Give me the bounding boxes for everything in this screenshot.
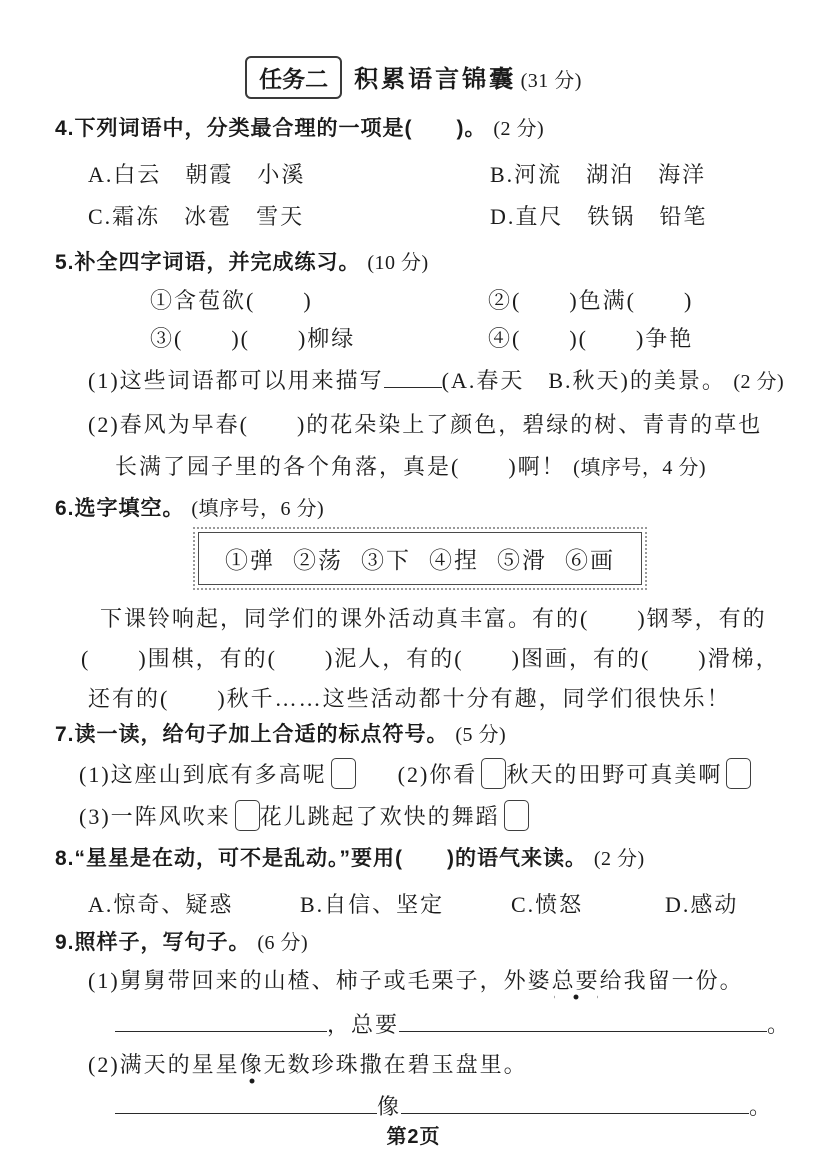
question-7-sentence-3-post: 花儿跳起了欢快的舞蹈 <box>260 804 500 829</box>
question-5-sub-2-line-1: (2)春风为早春( )的花朵染上了颜色，碧绿的树、青青的草也 <box>88 408 762 439</box>
question-6-paragraph-line-1-text: 下课铃响起，同学们的课外活动真丰富。有的( )钢琴，有的 <box>100 606 767 631</box>
section-title: 积累语言锦囊 <box>354 66 516 93</box>
question-5-sub-1-pre: (1)这些词语都可以用来描写 <box>88 368 384 393</box>
question-7-sentence-2-post: 秋天的田野可真美啊 <box>506 762 722 787</box>
question-5-sub-2-line-2: 长满了园子里的各个角落，真是( )啊！ (填序号，4 分) <box>115 450 706 481</box>
bank-item-6: ⑥画 <box>565 542 615 575</box>
question-9-stem-text: 9.照样子，写句子。 <box>55 931 251 954</box>
test-paper-page: 任务二积累语言锦囊 (31 分) 4.下列词语中，分类最合理的一项是( )。 (… <box>0 0 827 1169</box>
question-8-score: (2 分) <box>594 848 645 870</box>
question-6-paragraph-line-3: 还有的( )秋千……这些活动都十分有趣，同学们很快乐！ <box>88 682 731 713</box>
question-4-option-d: D.直尺 铁锅 铅笔 <box>490 200 707 231</box>
question-9-example-1-pre: (1)舅舅带回来的山楂、柿子或毛栗子，外婆 <box>88 968 552 993</box>
punctuation-box <box>331 758 356 789</box>
question-5-stem: 5.补全四字词语，并完成练习。 (10 分) <box>55 246 429 276</box>
question-5-sub-2-line-1-text: (2)春风为早春( )的花朵染上了颜色，碧绿的树、青青的草也 <box>88 412 762 437</box>
question-9-stem: 9.照样子，写句子。 (6 分) <box>55 926 308 956</box>
question-5-sub-1-post: (A.春天 B.秋天)的美景。 <box>442 368 726 393</box>
bank-item-4: ④捏 <box>429 542 479 575</box>
question-6-stem: 6.选字填空。 (填序号，6 分) <box>55 492 324 522</box>
bank-item-2: ②荡 <box>293 542 343 575</box>
question-4-option-a: A.白云 朝霞 小溪 <box>88 158 490 189</box>
question-8-stem: 8.“星星是在动，可不是乱动。”要用( )的语气来读。 (2 分) <box>55 842 645 872</box>
punctuation-box <box>481 758 506 789</box>
emphasized-word: 像 <box>240 1052 264 1077</box>
question-6-score: (填序号，6 分) <box>191 498 324 520</box>
question-9-answer-line-2: 像。 <box>115 1090 773 1121</box>
emphasized-word: 总要 <box>552 968 600 993</box>
answer-blank <box>399 1010 767 1032</box>
question-7-stem-text: 7.读一读，给句子加上合适的标点符号。 <box>55 723 449 746</box>
bank-item-3: ③下 <box>361 542 411 575</box>
answer-blank <box>115 1010 327 1032</box>
section-score: (31 分) <box>521 70 582 92</box>
question-7-line-2: (3)一阵风吹来花儿跳起了欢快的舞蹈 <box>79 800 529 831</box>
question-4-option-c: C.霜冻 冰雹 雪天 <box>88 200 490 231</box>
question-5-sub-1: (1)这些词语都可以用来描写(A.春天 B.秋天)的美景。 (2 分) <box>88 364 784 395</box>
question-7-sentence-3-pre: (3)一阵风吹来 <box>79 804 231 829</box>
punctuation-box <box>726 758 751 789</box>
question-9-example-2-post: 无数珍珠撒在碧玉盘里。 <box>264 1052 528 1077</box>
question-5-idioms-row-2: ③( )( )柳绿 ④( )( )争艳 <box>150 322 693 353</box>
question-8-option-b: B.自信、坚定 <box>300 888 511 919</box>
punctuation-box <box>235 800 260 831</box>
character-bank-box: ①弹 ②荡 ③下 ④捏 ⑤滑 ⑥画 <box>198 532 642 585</box>
question-7-line-1: (1)这座山到底有多高呢(2)你看秋天的田野可真美啊 <box>79 758 751 789</box>
answer-blank <box>401 1092 749 1114</box>
answer-blank <box>115 1092 377 1114</box>
question-9-example-1-post: 给我留一份。 <box>600 968 744 993</box>
question-5-sub-2-line-2-text: 长满了园子里的各个角落，真是( )啊！ <box>115 454 566 479</box>
question-9-example-1: (1)舅舅带回来的山楂、柿子或毛栗子，外婆总要给我留一份。 <box>88 964 744 995</box>
question-5-idioms-row-1: ①含苞欲( ) ②( )色满( ) <box>150 284 693 315</box>
task-badge: 任务二 <box>245 56 342 99</box>
question-8-option-d: D.感动 <box>665 888 738 919</box>
question-6-paragraph-line-2-text: ( )围棋，有的( )泥人，有的( )图画，有的( )滑梯， <box>81 646 780 671</box>
question-4-options-row-1: A.白云 朝霞 小溪 B.河流 湖泊 海洋 <box>88 158 706 189</box>
question-6-paragraph-line-2: ( )围棋，有的( )泥人，有的( )图画，有的( )滑梯， <box>81 642 780 673</box>
question-8-option-a: A.惊奇、疑惑 <box>88 888 300 919</box>
question-5-idiom-2: ②( )色满( ) <box>488 284 693 315</box>
question-9-answer-line-1: ，总要。 <box>115 1008 791 1039</box>
question-4-score: (2 分) <box>493 118 544 140</box>
question-9-answer-1-mid: ，总要 <box>327 1012 399 1037</box>
question-9-answer-2-end: 。 <box>749 1094 773 1119</box>
section-header: 任务二积累语言锦囊 (31 分) <box>0 56 827 99</box>
question-4-stem: 4.下列词语中，分类最合理的一项是( )。 (2 分) <box>55 112 544 142</box>
question-5-stem-text: 5.补全四字词语，并完成练习。 <box>55 251 361 274</box>
question-8-options-row: A.惊奇、疑惑 B.自信、坚定 C.愤怒 D.感动 <box>88 888 738 919</box>
question-5-idiom-1: ①含苞欲( ) <box>150 284 488 315</box>
question-4-option-b: B.河流 湖泊 海洋 <box>490 158 706 189</box>
question-4-options-row-2: C.霜冻 冰雹 雪天 D.直尺 铁锅 铅笔 <box>88 200 707 231</box>
question-8-option-c: C.愤怒 <box>511 888 665 919</box>
question-9-example-2: (2)满天的星星像无数珍珠撒在碧玉盘里。 <box>88 1048 528 1079</box>
question-6-paragraph-line-1: 下课铃响起，同学们的课外活动真丰富。有的( )钢琴，有的 <box>100 602 767 633</box>
bank-item-1: ①弹 <box>225 542 275 575</box>
punctuation-box <box>504 800 529 831</box>
bank-item-5: ⑤滑 <box>497 542 547 575</box>
question-9-score: (6 分) <box>257 932 308 954</box>
question-5-sub-1-score: (2 分) <box>733 371 784 393</box>
question-5-sub-2-score: (填序号，4 分) <box>573 457 706 479</box>
question-8-stem-text: 8.“星星是在动，可不是乱动。”要用( )的语气来读。 <box>55 847 587 870</box>
question-5-idiom-4: ④( )( )争艳 <box>488 322 693 353</box>
question-7-sentence-2-pre: (2)你看 <box>398 762 478 787</box>
question-7-sentence-1: (1)这座山到底有多高呢 <box>79 762 327 787</box>
page-number: 第2页 <box>0 1120 827 1149</box>
question-6-stem-text: 6.选字填空。 <box>55 497 185 520</box>
question-9-example-2-pre: (2)满天的星星 <box>88 1052 240 1077</box>
question-7-stem: 7.读一读，给句子加上合适的标点符号。 (5 分) <box>55 718 506 748</box>
question-9-answer-1-end: 。 <box>767 1012 791 1037</box>
question-5-idiom-3: ③( )( )柳绿 <box>150 322 488 353</box>
question-5-score: (10 分) <box>367 252 428 274</box>
question-6-paragraph-line-3-text: 还有的( )秋千……这些活动都十分有趣，同学们很快乐！ <box>88 686 731 711</box>
question-9-answer-2-mid: 像 <box>377 1094 401 1119</box>
answer-blank <box>384 366 442 388</box>
question-7-score: (5 分) <box>455 724 506 746</box>
question-4-stem-text: 4.下列词语中，分类最合理的一项是( )。 <box>55 117 487 140</box>
